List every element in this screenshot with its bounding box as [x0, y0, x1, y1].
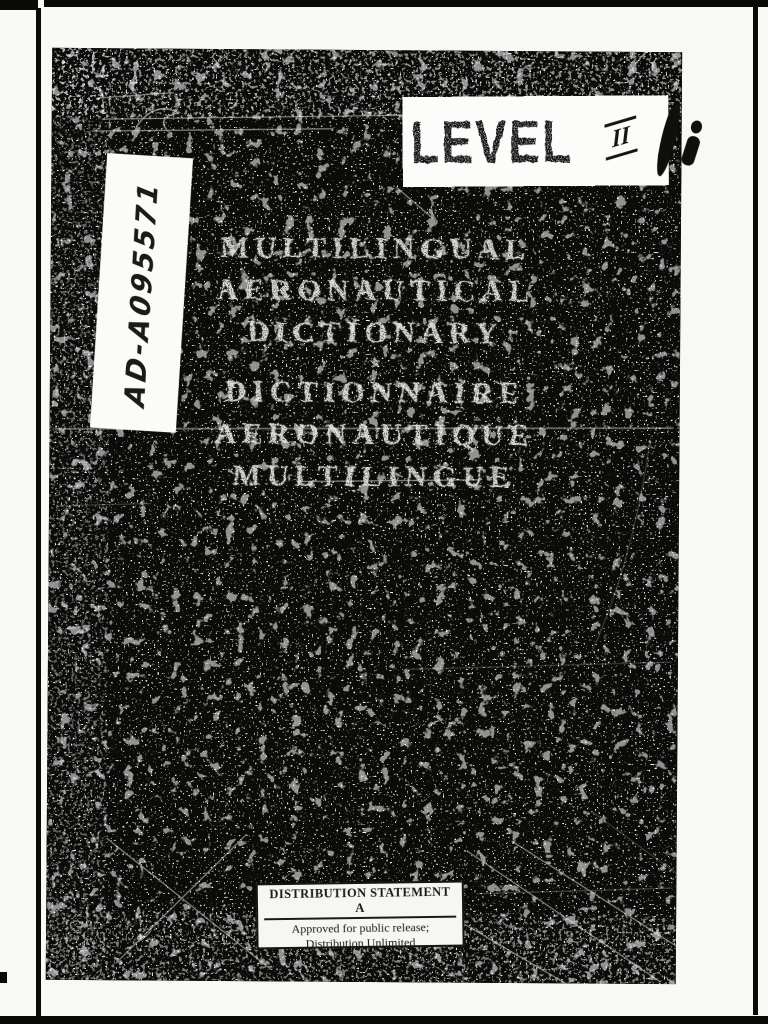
- distribution-statement-line2: Distribution Unlimited: [258, 935, 462, 953]
- scan-edge-mark: [0, 972, 7, 983]
- scan-border-corner-block: [0, 0, 38, 10]
- level-numeral-handwritten: II: [605, 115, 638, 160]
- title-line-fr-3: MULTILINGUE: [69, 454, 679, 500]
- distribution-statement-header: DISTRIBUTION STATEMENT A: [264, 885, 456, 921]
- scanned-page: MULTILINGUAL AERONAUTICAL DICTIONARY ★ D…: [0, 0, 768, 1024]
- book-cover: MULTILINGUAL AERONAUTICAL DICTIONARY ★ D…: [46, 48, 682, 984]
- scan-border-top: [44, 0, 768, 7]
- scan-border-left: [36, 8, 41, 1018]
- accession-number-label: AD-A095571: [90, 153, 193, 433]
- level-stamp-word: LEVEL: [410, 106, 573, 176]
- numeral-dot: [690, 119, 704, 134]
- level-stamp: LEVEL II: [402, 95, 669, 187]
- scan-border-bottom: [0, 1016, 768, 1024]
- numeral-bar: [680, 135, 701, 168]
- distribution-statement-box: DISTRIBUTION STATEMENT A Approved for pu…: [256, 881, 465, 950]
- scan-border-right: [753, 5, 758, 1015]
- accession-number-text: AD-A095571: [118, 177, 165, 409]
